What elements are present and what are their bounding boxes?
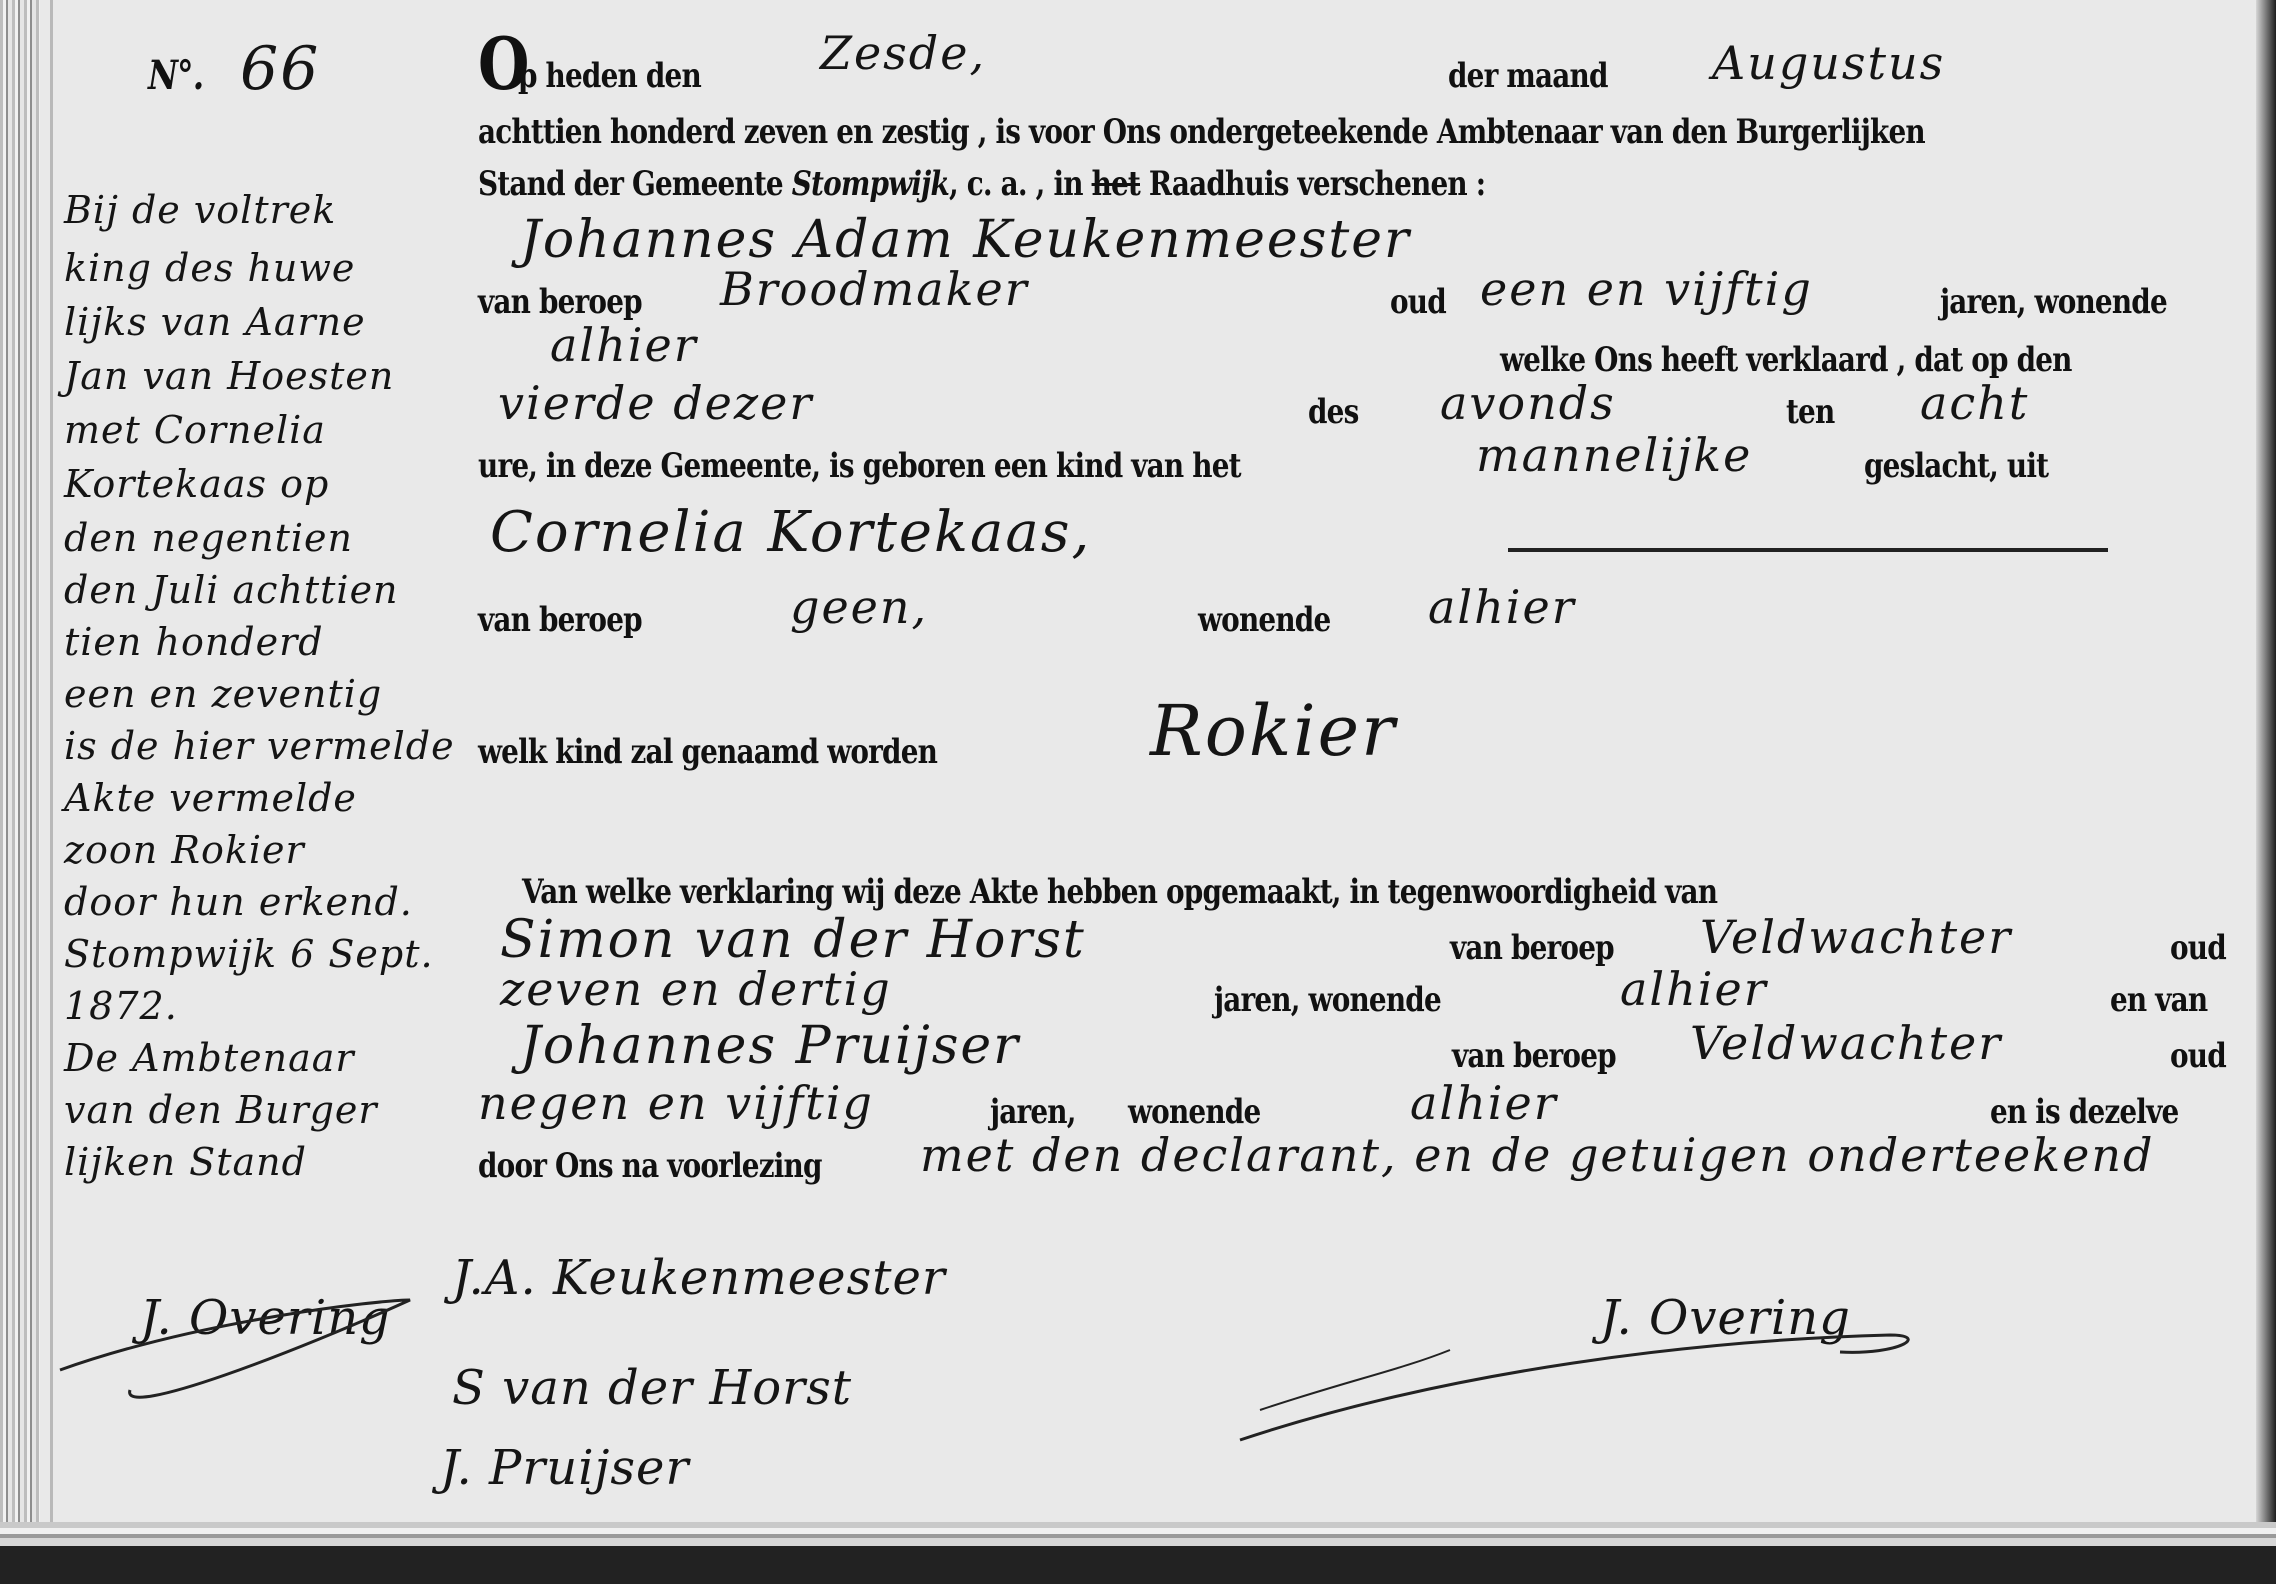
document-page: N°. 66 O p heden den Zesde, der maand Au…: [0, 0, 2276, 1584]
signature-flourishes: [0, 0, 2276, 1584]
